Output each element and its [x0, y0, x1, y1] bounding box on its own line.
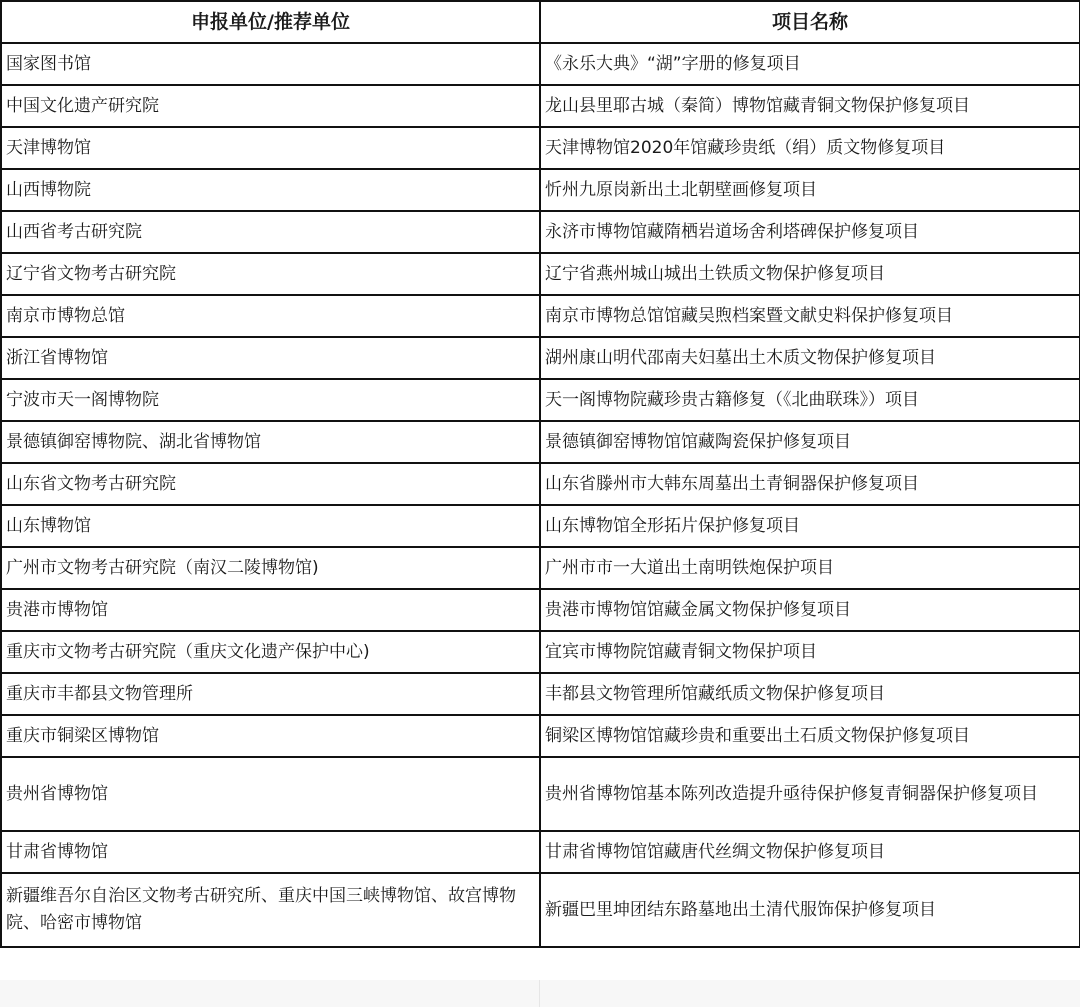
project-cell: 辽宁省燕州城山城出土铁质文物保护修复项目	[540, 253, 1080, 295]
unit-cell: 贵州省博物馆	[1, 757, 540, 831]
project-cell: 《永乐大典》“湖”字册的修复项目	[540, 43, 1080, 85]
unit-cell: 山西省考古研究院	[1, 211, 540, 253]
unit-cell: 南京市博物总馆	[1, 295, 540, 337]
project-cell: 山东省滕州市大韩东周墓出土青铜器保护修复项目	[540, 463, 1080, 505]
column-divider	[539, 980, 540, 1007]
unit-cell: 贵港市博物馆	[1, 589, 540, 631]
table-row: 新疆维吾尔自治区文物考古研究所、重庆中国三峡博物馆、故宫博物院、哈密市博物馆新疆…	[1, 873, 1080, 947]
unit-cell: 甘肃省博物馆	[1, 831, 540, 873]
header-row: 申报单位/推荐单位 项目名称	[1, 1, 1080, 43]
table-row: 宁波市天一阁博物院天一阁博物院藏珍贵古籍修复（《北曲联珠》）项目	[1, 379, 1080, 421]
project-cell: 甘肃省博物馆馆藏唐代丝绸文物保护修复项目	[540, 831, 1080, 873]
table-row: 山东省文物考古研究院山东省滕州市大韩东周墓出土青铜器保护修复项目	[1, 463, 1080, 505]
unit-cell: 重庆市铜梁区博物馆	[1, 715, 540, 757]
project-cell: 铜梁区博物馆馆藏珍贵和重要出土石质文物保护修复项目	[540, 715, 1080, 757]
project-cell: 忻州九原岗新出土北朝壁画修复项目	[540, 169, 1080, 211]
unit-cell: 景德镇御窑博物院、湖北省博物馆	[1, 421, 540, 463]
unit-cell: 山东博物馆	[1, 505, 540, 547]
unit-cell: 中国文化遗产研究院	[1, 85, 540, 127]
unit-cell: 新疆维吾尔自治区文物考古研究所、重庆中国三峡博物馆、故宫博物院、哈密市博物馆	[1, 873, 540, 947]
unit-cell: 天津博物馆	[1, 127, 540, 169]
table-row: 重庆市铜梁区博物馆铜梁区博物馆馆藏珍贵和重要出土石质文物保护修复项目	[1, 715, 1080, 757]
project-cell: 南京市博物总馆馆藏吴煦档案暨文献史料保护修复项目	[540, 295, 1080, 337]
table-row: 山东博物馆山东博物馆全形拓片保护修复项目	[1, 505, 1080, 547]
project-cell: 永济市博物馆藏隋栖岩道场舍利塔碑保护修复项目	[540, 211, 1080, 253]
column-header-project: 项目名称	[540, 1, 1080, 43]
table-row: 景德镇御窑博物院、湖北省博物馆景德镇御窑博物馆馆藏陶瓷保护修复项目	[1, 421, 1080, 463]
project-cell: 湖州康山明代邵南夫妇墓出土木质文物保护修复项目	[540, 337, 1080, 379]
project-cell: 新疆巴里坤团结东路墓地出土清代服饰保护修复项目	[540, 873, 1080, 947]
unit-cell: 重庆市丰都县文物管理所	[1, 673, 540, 715]
document-sheet: 申报单位/推荐单位 项目名称 国家图书馆《永乐大典》“湖”字册的修复项目 中国文…	[0, 0, 1080, 1007]
project-cell: 贵州省博物馆基本陈列改造提升亟待保护修复青铜器保护修复项目	[540, 757, 1080, 831]
unit-cell: 广州市文物考古研究院（南汉二陵博物馆)	[1, 547, 540, 589]
unit-cell: 国家图书馆	[1, 43, 540, 85]
table-row: 浙江省博物馆湖州康山明代邵南夫妇墓出土木质文物保护修复项目	[1, 337, 1080, 379]
empty-trailing-row	[0, 980, 1080, 1007]
project-cell: 天津博物馆2020年馆藏珍贵纸（绢）质文物修复项目	[540, 127, 1080, 169]
project-cell: 山东博物馆全形拓片保护修复项目	[540, 505, 1080, 547]
project-table: 申报单位/推荐单位 项目名称 国家图书馆《永乐大典》“湖”字册的修复项目 中国文…	[0, 0, 1080, 948]
table-row: 山西省考古研究院永济市博物馆藏隋栖岩道场舍利塔碑保护修复项目	[1, 211, 1080, 253]
project-cell: 宜宾市博物院馆藏青铜文物保护项目	[540, 631, 1080, 673]
table-row: 甘肃省博物馆甘肃省博物馆馆藏唐代丝绸文物保护修复项目	[1, 831, 1080, 873]
table-row: 辽宁省文物考古研究院辽宁省燕州城山城出土铁质文物保护修复项目	[1, 253, 1080, 295]
project-cell: 广州市市一大道出土南明铁炮保护项目	[540, 547, 1080, 589]
unit-cell: 山西博物院	[1, 169, 540, 211]
unit-cell: 山东省文物考古研究院	[1, 463, 540, 505]
table-row: 中国文化遗产研究院龙山县里耶古城（秦简）博物馆藏青铜文物保护修复项目	[1, 85, 1080, 127]
table-row: 重庆市丰都县文物管理所丰都县文物管理所馆藏纸质文物保护修复项目	[1, 673, 1080, 715]
unit-cell: 辽宁省文物考古研究院	[1, 253, 540, 295]
unit-cell: 宁波市天一阁博物院	[1, 379, 540, 421]
table-row: 贵州省博物馆贵州省博物馆基本陈列改造提升亟待保护修复青铜器保护修复项目	[1, 757, 1080, 831]
table-row: 天津博物馆天津博物馆2020年馆藏珍贵纸（绢）质文物修复项目	[1, 127, 1080, 169]
project-cell: 龙山县里耶古城（秦简）博物馆藏青铜文物保护修复项目	[540, 85, 1080, 127]
unit-cell: 浙江省博物馆	[1, 337, 540, 379]
unit-cell: 重庆市文物考古研究院（重庆文化遗产保护中心)	[1, 631, 540, 673]
project-cell: 天一阁博物院藏珍贵古籍修复（《北曲联珠》）项目	[540, 379, 1080, 421]
table-row: 广州市文物考古研究院（南汉二陵博物馆)广州市市一大道出土南明铁炮保护项目	[1, 547, 1080, 589]
project-cell: 贵港市博物馆馆藏金属文物保护修复项目	[540, 589, 1080, 631]
project-cell: 景德镇御窑博物馆馆藏陶瓷保护修复项目	[540, 421, 1080, 463]
table-row: 山西博物院忻州九原岗新出土北朝壁画修复项目	[1, 169, 1080, 211]
table-row: 南京市博物总馆南京市博物总馆馆藏吴煦档案暨文献史料保护修复项目	[1, 295, 1080, 337]
table-row: 重庆市文物考古研究院（重庆文化遗产保护中心)宜宾市博物院馆藏青铜文物保护项目	[1, 631, 1080, 673]
column-header-unit: 申报单位/推荐单位	[1, 1, 540, 43]
project-cell: 丰都县文物管理所馆藏纸质文物保护修复项目	[540, 673, 1080, 715]
table-row: 贵港市博物馆贵港市博物馆馆藏金属文物保护修复项目	[1, 589, 1080, 631]
table-row: 国家图书馆《永乐大典》“湖”字册的修复项目	[1, 43, 1080, 85]
